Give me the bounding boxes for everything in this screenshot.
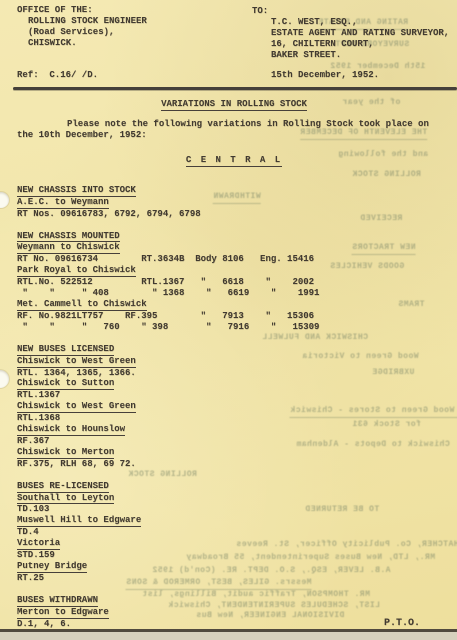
route-line: Chiswick to Sutton	[17, 378, 114, 390]
section-heading: NEW BUSES LICENSED	[17, 344, 114, 356]
stock-number-line: RTL.1368	[17, 413, 60, 423]
route-line: Southall to Leyton	[17, 493, 114, 505]
stock-number-line: TD.103	[17, 504, 49, 514]
office-label: OFFICE OF THE:	[17, 5, 147, 16]
recipient-line: ESTATE AGENT AND RATING SURVEYOR,	[252, 28, 449, 39]
sender-address-block: OFFICE OF THE: ROLLING STOCK ENGINEER (R…	[17, 5, 147, 49]
punch-hole	[0, 370, 9, 388]
stock-number-line: RT No. 09616734 RT.3634B Body 8106 Eng. …	[17, 254, 314, 264]
route-line: Met. Cammell to Chiswick	[17, 299, 147, 311]
stock-number-line: RT Nos. 09616783, 6792, 6794, 6798	[17, 209, 201, 219]
recipient-line: T.C. WEST, ESQ.,	[252, 17, 449, 28]
stock-number-line: RF. No.9821LT757 RF.395 " 7913 " 15306	[17, 311, 314, 321]
section-heading: NEW CHASSIS MOUNTED	[17, 231, 120, 243]
section-heading: BUSES WITHDRAWN	[17, 595, 98, 607]
route-line: Merton to Edgware	[17, 607, 109, 619]
section-heading: BUSES RE-LICENSED	[17, 481, 109, 493]
region-heading-row: C E N T R A L	[17, 155, 451, 167]
reference-number: Ref: C.16/ /D.	[17, 70, 98, 81]
stock-number-line: RT.25	[17, 573, 44, 583]
stock-section: BUSES RE-LICENSEDSouthall to LeytonTD.10…	[17, 481, 451, 584]
route-line: Weymann to Chiswick	[17, 242, 120, 254]
route-line: Chiswick to Hounslow	[17, 424, 125, 436]
stock-number-line: STD.159	[17, 550, 55, 560]
route-line: Chiswick to Merton	[17, 447, 114, 459]
stock-number-line: RF.367	[17, 436, 49, 446]
document-title: VARIATIONS IN ROLLING STOCK	[161, 99, 307, 111]
stock-number-line: RTL. 1364, 1365, 1366.	[17, 368, 136, 378]
route-line: A.E.C. to Weymann	[17, 197, 109, 209]
to-label: TO:	[252, 6, 449, 17]
intro-paragraph: Please note the following variations in …	[17, 119, 451, 141]
region-heading: C E N T R A L	[186, 155, 282, 167]
sender-line: ROLLING STOCK ENGINEER	[17, 16, 147, 27]
sender-line: (Road Services),	[17, 27, 147, 38]
sender-line: CHISWICK.	[17, 38, 147, 49]
intro-line: Please note the following variations in …	[17, 119, 451, 130]
route-line: Victoria	[17, 538, 60, 550]
stock-number-line: " " " 408 " 1368 " 6619 " 1991	[17, 288, 319, 298]
scan-bottom-edge	[0, 629, 457, 640]
stock-section: NEW CHASSIS MOUNTEDWeymann to ChiswickRT…	[17, 231, 451, 333]
sections: NEW CHASSIS INTO STOCKA.E.C. to WeymannR…	[17, 185, 451, 630]
route-line: Muswell Hill to Edgware	[17, 515, 141, 527]
stock-section: NEW CHASSIS INTO STOCKA.E.C. to WeymannR…	[17, 185, 451, 220]
intro-line: the 10th December, 1952:	[17, 130, 451, 141]
route-line: Putney Bridge	[17, 561, 87, 573]
recipient-line: BAKER STREET.	[252, 50, 449, 61]
recipient-line: 16, CHILTERN COURT,	[252, 39, 449, 50]
document-title-row: VARIATIONS IN ROLLING STOCK	[17, 99, 451, 111]
stock-number-line: TD.4	[17, 527, 39, 537]
stock-number-line: D.1, 4, 6.	[17, 619, 71, 629]
letter-date: 15th December, 1952.	[271, 70, 379, 81]
route-line: Park Royal to Chiswick	[17, 265, 136, 277]
route-line: Chiswick to West Green	[17, 401, 136, 413]
section-heading: NEW CHASSIS INTO STOCK	[17, 185, 136, 197]
stock-section: NEW BUSES LICENSEDChiswick to West Green…	[17, 344, 451, 470]
memo-body: VARIATIONS IN ROLLING STOCK Please note …	[17, 99, 451, 630]
stock-number-line: RTL.No. 522512 RTL.1367 " 6618 " 2002	[17, 277, 314, 287]
recipient-address-block: TO: T.C. WEST, ESQ., ESTATE AGENT AND RA…	[252, 6, 449, 61]
punch-hole	[0, 192, 9, 208]
stock-number-line: " " " 760 " 398 " 7916 " 15309	[17, 322, 319, 332]
scanned-memo-page: RATING AND ESTATESURVEYORS DEPT15th Dece…	[0, 0, 457, 640]
letterhead-rule	[13, 87, 457, 90]
stock-number-line: RTL.1367	[17, 390, 60, 400]
stock-number-line: RF.375, RLH 68, 69 72.	[17, 459, 136, 469]
route-line: Chiswick to West Green	[17, 356, 136, 368]
